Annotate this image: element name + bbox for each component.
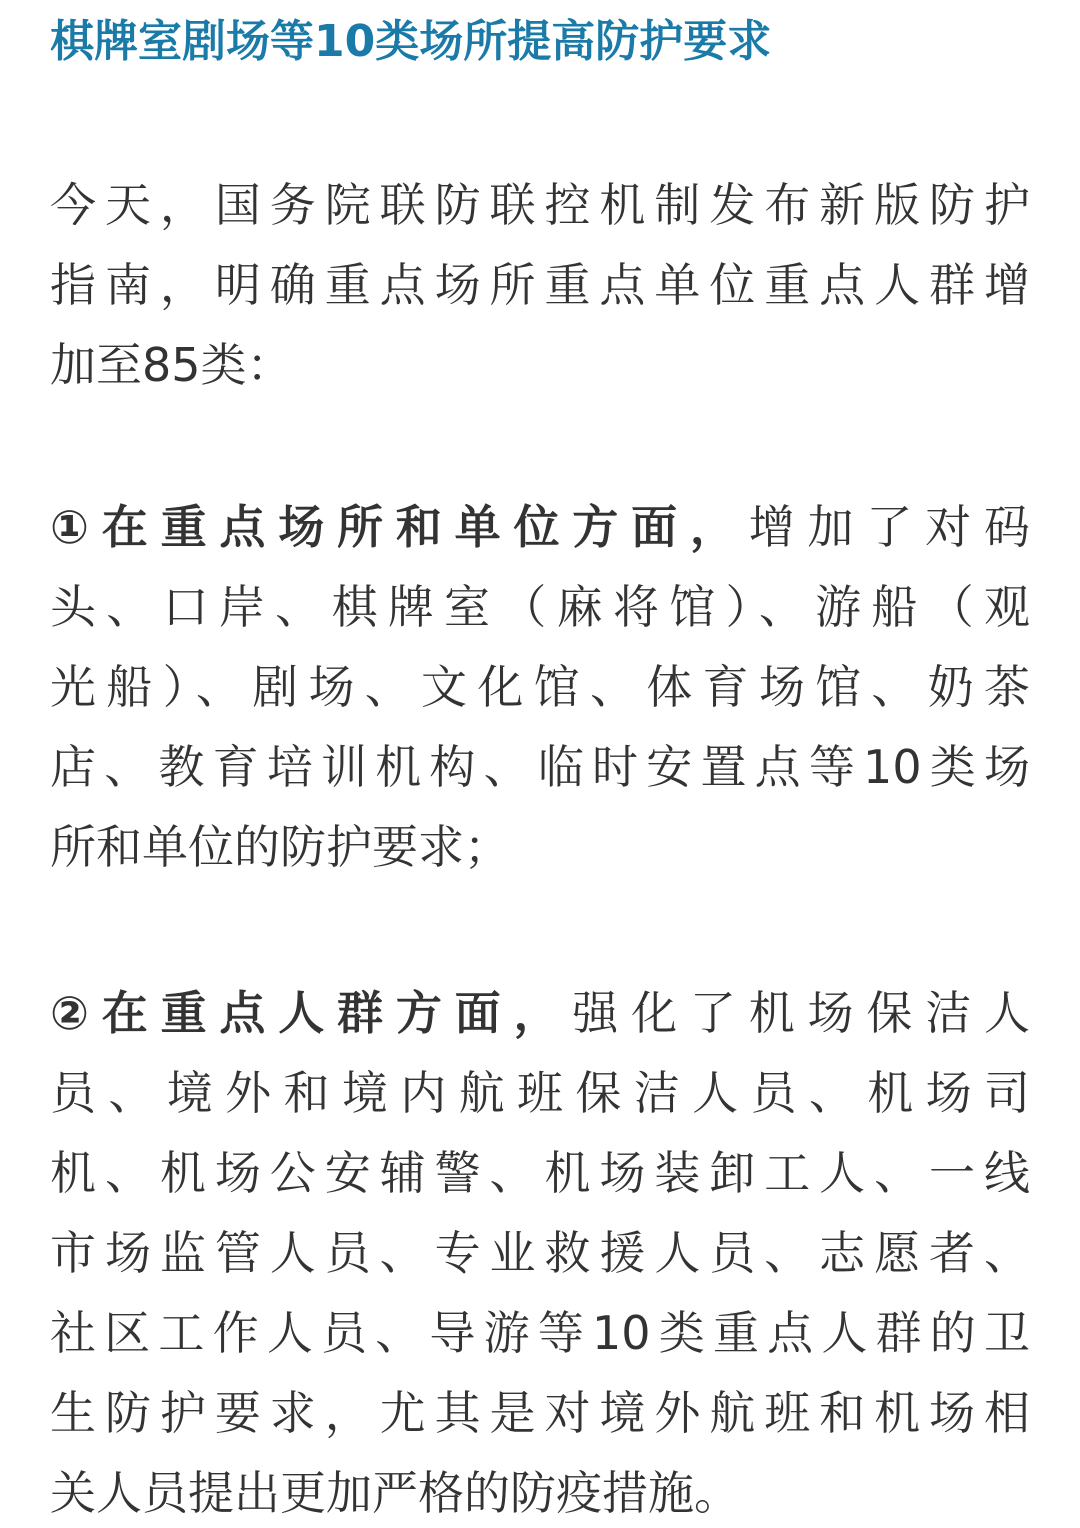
text-line: 机、机场公安辅警、机场装卸工人、一线	[50, 1133, 1030, 1213]
intro-paragraph: 今天，国务院联防联控机制发布新版防护 指南，明确重点场所重点单位重点人群增 加至…	[50, 165, 1040, 405]
text-line: 加至85类：	[50, 325, 1030, 405]
text-line: 今天，国务院联防联控机制发布新版防护	[50, 165, 1030, 245]
point-2-paragraph: ②在重点人群方面，强化了机场保洁人 员、境外和境内航班保洁人员、机场司 机、机场…	[50, 973, 1040, 1528]
text-line: 指南，明确重点场所重点单位重点人群增	[50, 245, 1030, 325]
text-line: 店、教育培训机构、临时安置点等10类场	[50, 727, 1030, 807]
text-line: 关人员提出更加严格的防疫措施。	[50, 1453, 1030, 1528]
point-1-paragraph: ①在重点场所和单位方面，增加了对码 头、口岸、棋牌室（麻将馆）、游船（观 光船）…	[50, 487, 1040, 887]
text-line: ②在重点人群方面，强化了机场保洁人	[50, 973, 1030, 1053]
text-line: 光船）、剧场、文化馆、体育场馆、奶茶	[50, 647, 1030, 727]
text-line: 员、境外和境内航班保洁人员、机场司	[50, 1053, 1030, 1133]
article-title: 棋牌室剧场等10类场所提高防护要求	[50, 12, 771, 72]
text-line: 社区工作人员、导游等10类重点人群的卫	[50, 1293, 1030, 1373]
point-2-lead: ②在重点人群方面，	[50, 986, 572, 1040]
text-line: 头、口岸、棋牌室（麻将馆）、游船（观	[50, 567, 1030, 647]
point-1-text: 增加了对码	[749, 500, 1030, 554]
text-line: 生防护要求，尤其是对境外航班和机场相	[50, 1373, 1030, 1453]
point-2-text: 强化了机场保洁人	[572, 986, 1030, 1040]
point-1-lead: ①在重点场所和单位方面，	[50, 500, 749, 554]
text-line: 所和单位的防护要求；	[50, 807, 1030, 887]
text-line: ①在重点场所和单位方面，增加了对码	[50, 487, 1030, 567]
text-line: 市场监管人员、专业救援人员、志愿者、	[50, 1213, 1030, 1293]
